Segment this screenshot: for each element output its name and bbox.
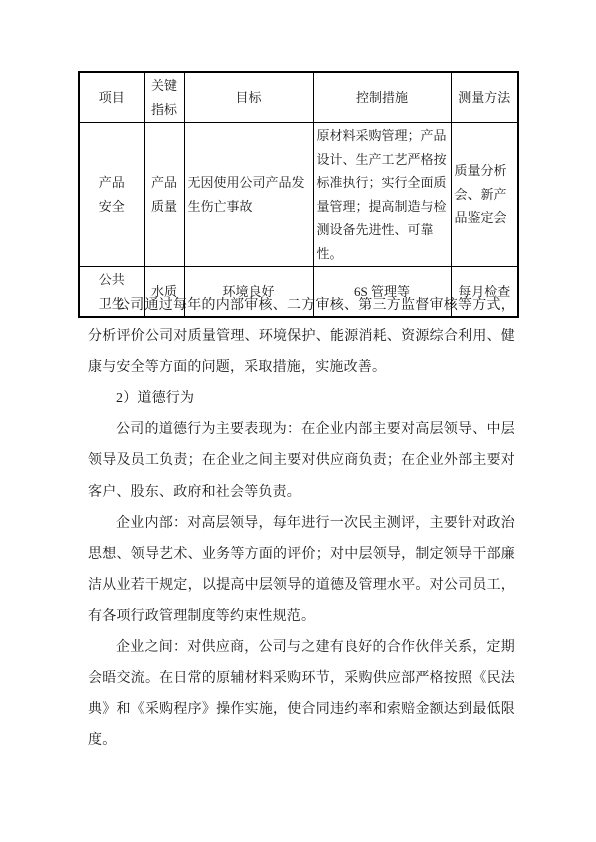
header-cell-item: 项目: [79, 72, 144, 123]
paragraph-internal: 企业内部：对高层领导，每年进行一次民主测评，主要针对政治思想、领导艺术、业务等方…: [88, 508, 515, 632]
header-cell-goal: 目标: [184, 72, 313, 123]
cell-measurement: 质量分析会、新产品鉴定会: [451, 123, 518, 267]
document-page: 项目 关键指标 目标 控制措施 测量方法 产品安全 产品质量 无因使用公司产品发…: [0, 0, 596, 842]
cell-indicator: 产品质量: [144, 123, 184, 267]
paragraph-between-firms: 企业之间：对供应商，公司与之建有良好的合作伙伴关系，定期会晤交流。在日常的原辅材…: [88, 632, 515, 756]
cell-item: 产品安全: [79, 123, 144, 267]
section-heading-ethics: 2）道德行为: [88, 383, 515, 414]
table-row-product-safety: 产品安全 产品质量 无因使用公司产品发生伤亡事故 原材料采购管理；产品设计、生产…: [79, 123, 518, 267]
header-cell-controls: 控制措施: [313, 72, 451, 123]
body-text: 公司通过每年的内部审核、二方审核、第三方监督审核等方式，分析评价公司对质量管理、…: [88, 290, 515, 756]
kpi-table: 项目 关键指标 目标 控制措施 测量方法 产品安全 产品质量 无因使用公司产品发…: [78, 71, 519, 318]
cell-goal: 无因使用公司产品发生伤亡事故: [184, 123, 313, 267]
table-header-row: 项目 关键指标 目标 控制措施 测量方法: [79, 72, 518, 123]
cell-controls: 原材料采购管理；产品设计、生产工艺严格按标准执行；实行全面质量管理；提高制造与检…: [313, 123, 451, 267]
paragraph-audit-review: 公司通过每年的内部审核、二方审核、第三方监督审核等方式，分析评价公司对质量管理、…: [88, 290, 515, 383]
header-cell-measurement: 测量方法: [451, 72, 518, 123]
paragraph-ethics-overview: 公司的道德行为主要表现为：在企业内部主要对高层领导、中层领导及员工负责；在企业之…: [88, 414, 515, 507]
header-cell-indicator: 关键指标: [144, 72, 184, 123]
